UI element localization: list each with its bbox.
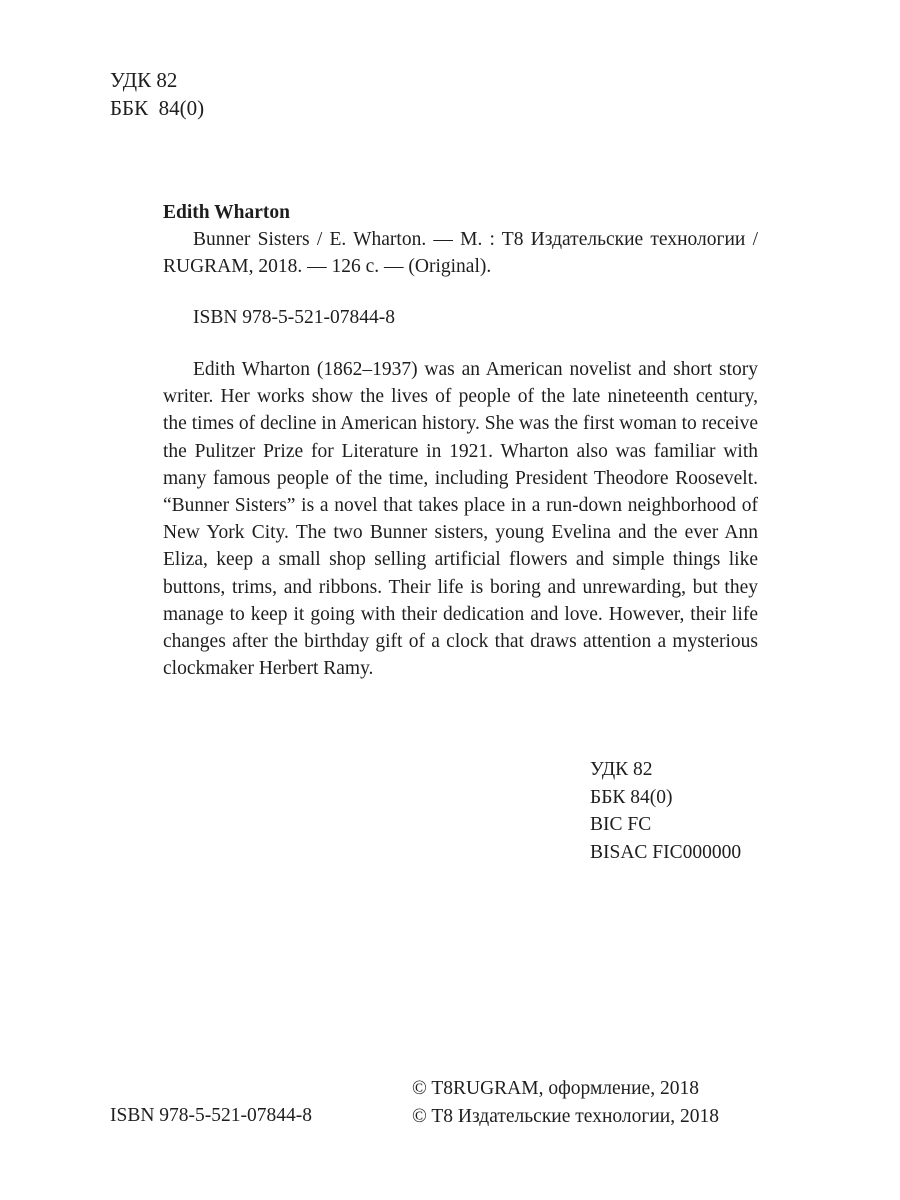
top-classification-codes: УДК 82 ББК 84(0) xyxy=(110,66,204,122)
footer-isbn: ISBN 978-5-521-07844-8 xyxy=(110,1103,312,1129)
bibliographic-description-text: Bunner Sisters / E. Wharton. — M. : T8 И… xyxy=(163,229,758,277)
classification-codes: УДК 82 ББК 84(0) BIC FC BISAC FIC000000 xyxy=(590,756,741,866)
bibliographic-description: Bunner Sisters / E. Wharton. — M. : T8 И… xyxy=(163,226,758,280)
annotation-text: Edith Wharton (1862–1937) was an America… xyxy=(163,359,758,679)
classification-code: ББК 84(0) xyxy=(590,784,741,812)
isbn-record: ISBN 978-5-521-07844-8 xyxy=(163,304,758,331)
copyright-page: УДК 82 ББК 84(0) Edith Wharton Bunner Si… xyxy=(0,0,900,1200)
annotation: Edith Wharton (1862–1937) was an America… xyxy=(163,356,758,682)
author-name: Edith Wharton xyxy=(163,199,758,226)
bbk-code: ББК 84(0) xyxy=(110,94,204,122)
classification-code: BIC FC xyxy=(590,811,741,839)
copyright-notice: © T8 Издательские технологии, 2018 xyxy=(412,1103,719,1131)
copyright-notices: © T8RUGRAM, оформление, 2018 © T8 Издате… xyxy=(412,1075,719,1131)
classification-code: УДК 82 xyxy=(590,756,741,784)
udk-code: УДК 82 xyxy=(110,66,204,94)
copyright-notice: © T8RUGRAM, оформление, 2018 xyxy=(412,1075,719,1103)
classification-code: BISAC FIC000000 xyxy=(590,839,741,867)
